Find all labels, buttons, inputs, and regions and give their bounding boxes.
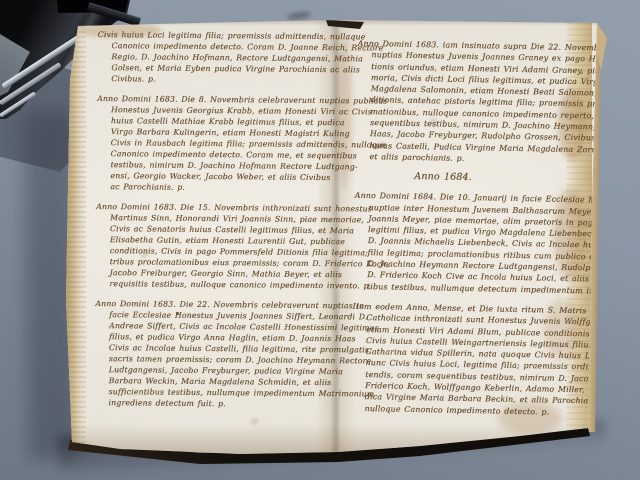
right-page-text: Anno Domini 1683. iam insinuato supra Di…: [350, 38, 593, 427]
register-entry: Item eodem Anno, Mense, et Die iuxta rit…: [350, 301, 588, 418]
register-entry: Anno Domini 1683. Die 15. Novembris inth…: [95, 201, 334, 291]
open-manuscript-book: Civis huius Loci legitima filia; praemis…: [0, 0, 640, 480]
register-entry: Anno Domini 1683. iam insinuato supra Di…: [355, 38, 593, 167]
manuscript-line: Civibus. p.: [97, 73, 335, 86]
register-entry: Anno Domini 1684. Die 10. Januarij in fa…: [353, 190, 591, 296]
register-entry: Anno Domini 1683. Die 22. Novembris cele…: [94, 298, 333, 410]
manuscript-line: ac Parochianis. p.: [96, 181, 334, 194]
left-page-text: Civis huius Loci legitima filia; praemis…: [94, 29, 335, 419]
background-smudge: [287, 10, 312, 20]
foxing-spot: [250, 418, 259, 425]
register-entry: Anno Domini 1683. Die 8. Novembris celeb…: [96, 93, 335, 194]
photo-scene: Civis huius Loci legitima filia; praemis…: [0, 0, 640, 480]
register-entry: Civis huius Loci legitima filia; praemis…: [97, 29, 335, 86]
manuscript-line: ingrediens detectum fuit. p.: [94, 397, 332, 410]
manuscript-line: requisitis testibus, nulloque canonico i…: [95, 278, 333, 291]
year-heading: Anno 1684.: [355, 170, 591, 187]
